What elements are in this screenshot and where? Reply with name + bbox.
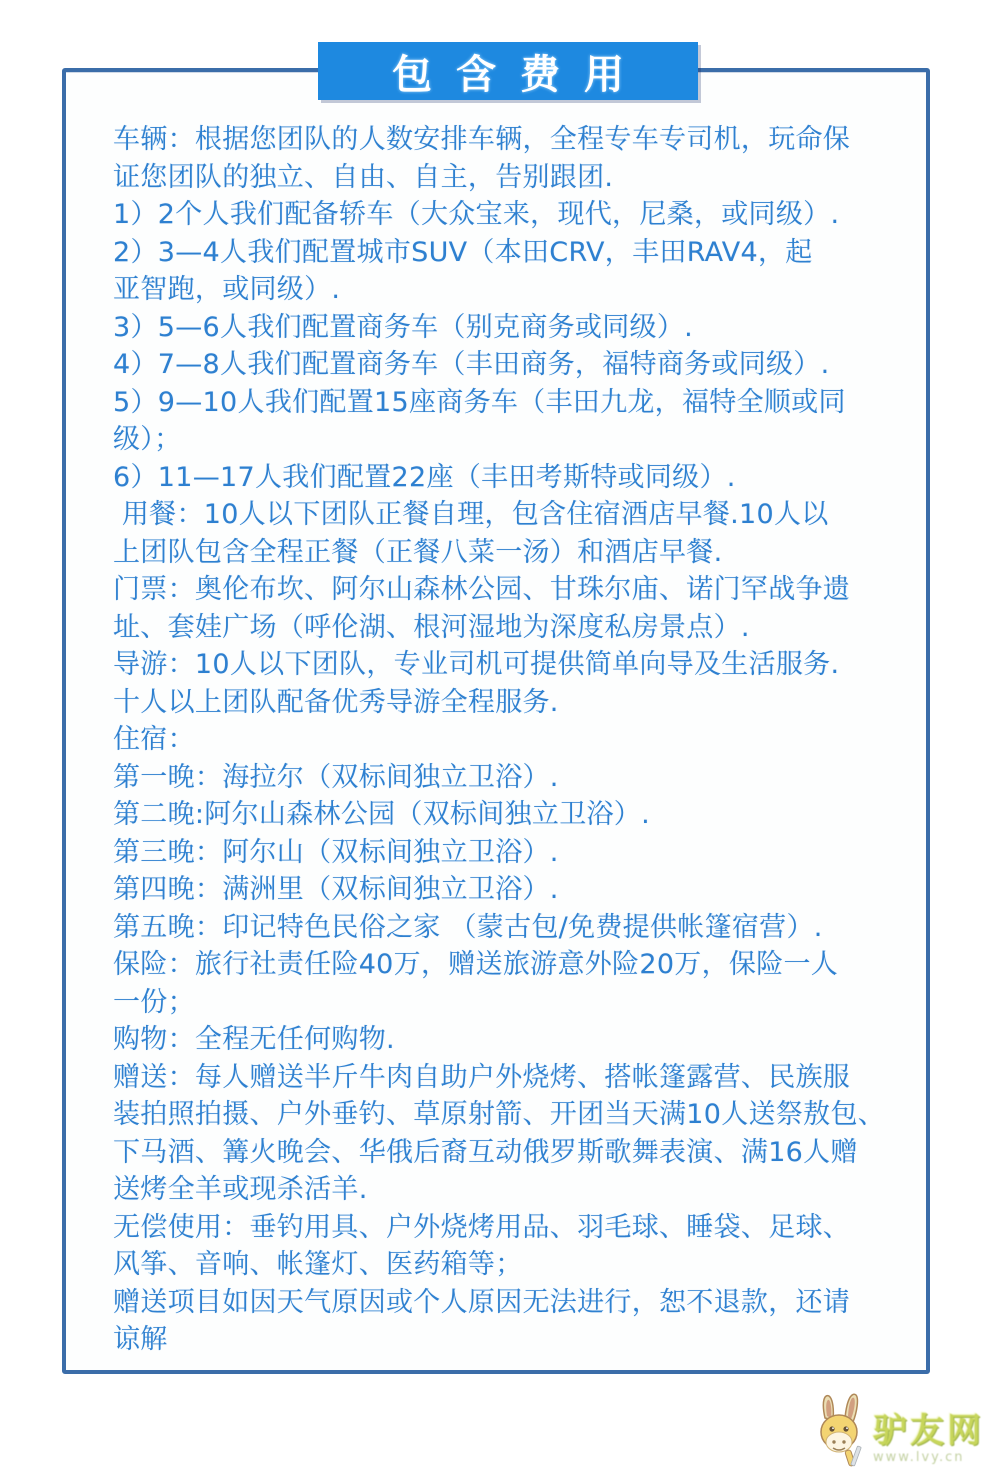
text-line: 3）5—6人我们配置商务车（别克商务或同级）.: [113, 309, 913, 347]
text-line: 风筝、音响、帐篷灯、医药箱等；: [113, 1246, 913, 1284]
text-line: 住宿：: [113, 721, 913, 759]
content-lines: 车辆：根据您团队的人数安排车辆，全程专车专司机，玩命保证您团队的独立、自由、自主…: [113, 121, 913, 1359]
watermark-logo: 驴友网 www.lvy.cn: [807, 1390, 984, 1470]
text-line: 导游：10人以下团队，专业司机可提供简单向导及生活服务.: [113, 646, 913, 684]
text-line: 用餐：10人以下团队正餐自理，包含住宿酒店早餐.10人以: [113, 496, 913, 534]
text-line: 门票：奥伦布坎、阿尔山森林公园、甘珠尔庙、诺门罕战争遗: [113, 571, 913, 609]
text-line: 2）3—4人我们配置城市SUV（本田CRV，丰田RAV4，起: [113, 234, 913, 272]
watermark-site-url: www.lvy.cn: [873, 1451, 984, 1464]
text-line: 4）7—8人我们配置商务车（丰田商务，福特商务或同级）.: [113, 346, 913, 384]
page-title: 包含费用: [368, 43, 648, 100]
text-line: 第一晚：海拉尔（双标间独立卫浴）.: [113, 759, 913, 797]
text-line: 址、套娃广场（呼伦湖、根河湿地为深度私房景点）.: [113, 609, 913, 647]
text-line: 第三晚：阿尔山（双标间独立卫浴）.: [113, 834, 913, 872]
text-line: 装拍照拍摄、户外垂钓、草原射箭、开团当天满10人送祭敖包、: [113, 1096, 913, 1134]
text-line: 送烤全羊或现杀活羊.: [113, 1171, 913, 1209]
text-line: 第二晚:阿尔山森林公园（双标间独立卫浴）.: [113, 796, 913, 834]
text-line: 上团队包含全程正餐（正餐八菜一汤）和酒店早餐.: [113, 534, 913, 572]
text-line: 车辆：根据您团队的人数安排车辆，全程专车专司机，玩命保: [113, 121, 913, 159]
header-banner: 包含费用: [318, 42, 698, 100]
text-line: 级）；: [113, 421, 913, 459]
text-line: 赠送项目如因天气原因或个人原因无法进行，恕不退款，还请: [113, 1284, 913, 1322]
text-line: 一份；: [113, 984, 913, 1022]
text-line: 5）9—10人我们配置15座商务车（丰田九龙，福特全顺或同: [113, 384, 913, 422]
text-line: 无偿使用：垂钓用具、户外烧烤用品、羽毛球、睡袋、足球、: [113, 1209, 913, 1247]
text-line: 下马酒、篝火晚会、华俄后裔互动俄罗斯歌舞表演、满16人赠: [113, 1134, 913, 1172]
text-line: 购物：全程无任何购物.: [113, 1021, 913, 1059]
text-line: 证您团队的独立、自由、自主，告别跟团.: [113, 159, 913, 197]
watermark-text: 驴友网 www.lvy.cn: [873, 1414, 984, 1470]
text-line: 谅解: [113, 1321, 913, 1359]
text-line: 十人以上团队配备优秀导游全程服务.: [113, 684, 913, 722]
text-line: 亚智跑，或同级）.: [113, 271, 913, 309]
donkey-icon: [807, 1390, 871, 1470]
text-line: 第四晚：满洲里（双标间独立卫浴）.: [113, 871, 913, 909]
text-line: 第五晚：印记特色民俗之家 （蒙古包/免费提供帐篷宿营）.: [113, 909, 913, 947]
text-line: 1）2个人我们配备轿车（大众宝来，现代，尼桑，或同级）.: [113, 196, 913, 234]
text-line: 6）11—17人我们配置22座（丰田考斯特或同级）.: [113, 459, 913, 497]
text-line: 保险：旅行社责任险40万，赠送旅游意外险20万，保险一人: [113, 946, 913, 984]
text-line: 赠送：每人赠送半斤牛肉自助户外烧烤、搭帐篷露营、民族服: [113, 1059, 913, 1097]
watermark-site-name: 驴友网: [873, 1414, 984, 1448]
page-background: { "header": { "title": "包含费用" }, "conten…: [0, 0, 990, 1472]
